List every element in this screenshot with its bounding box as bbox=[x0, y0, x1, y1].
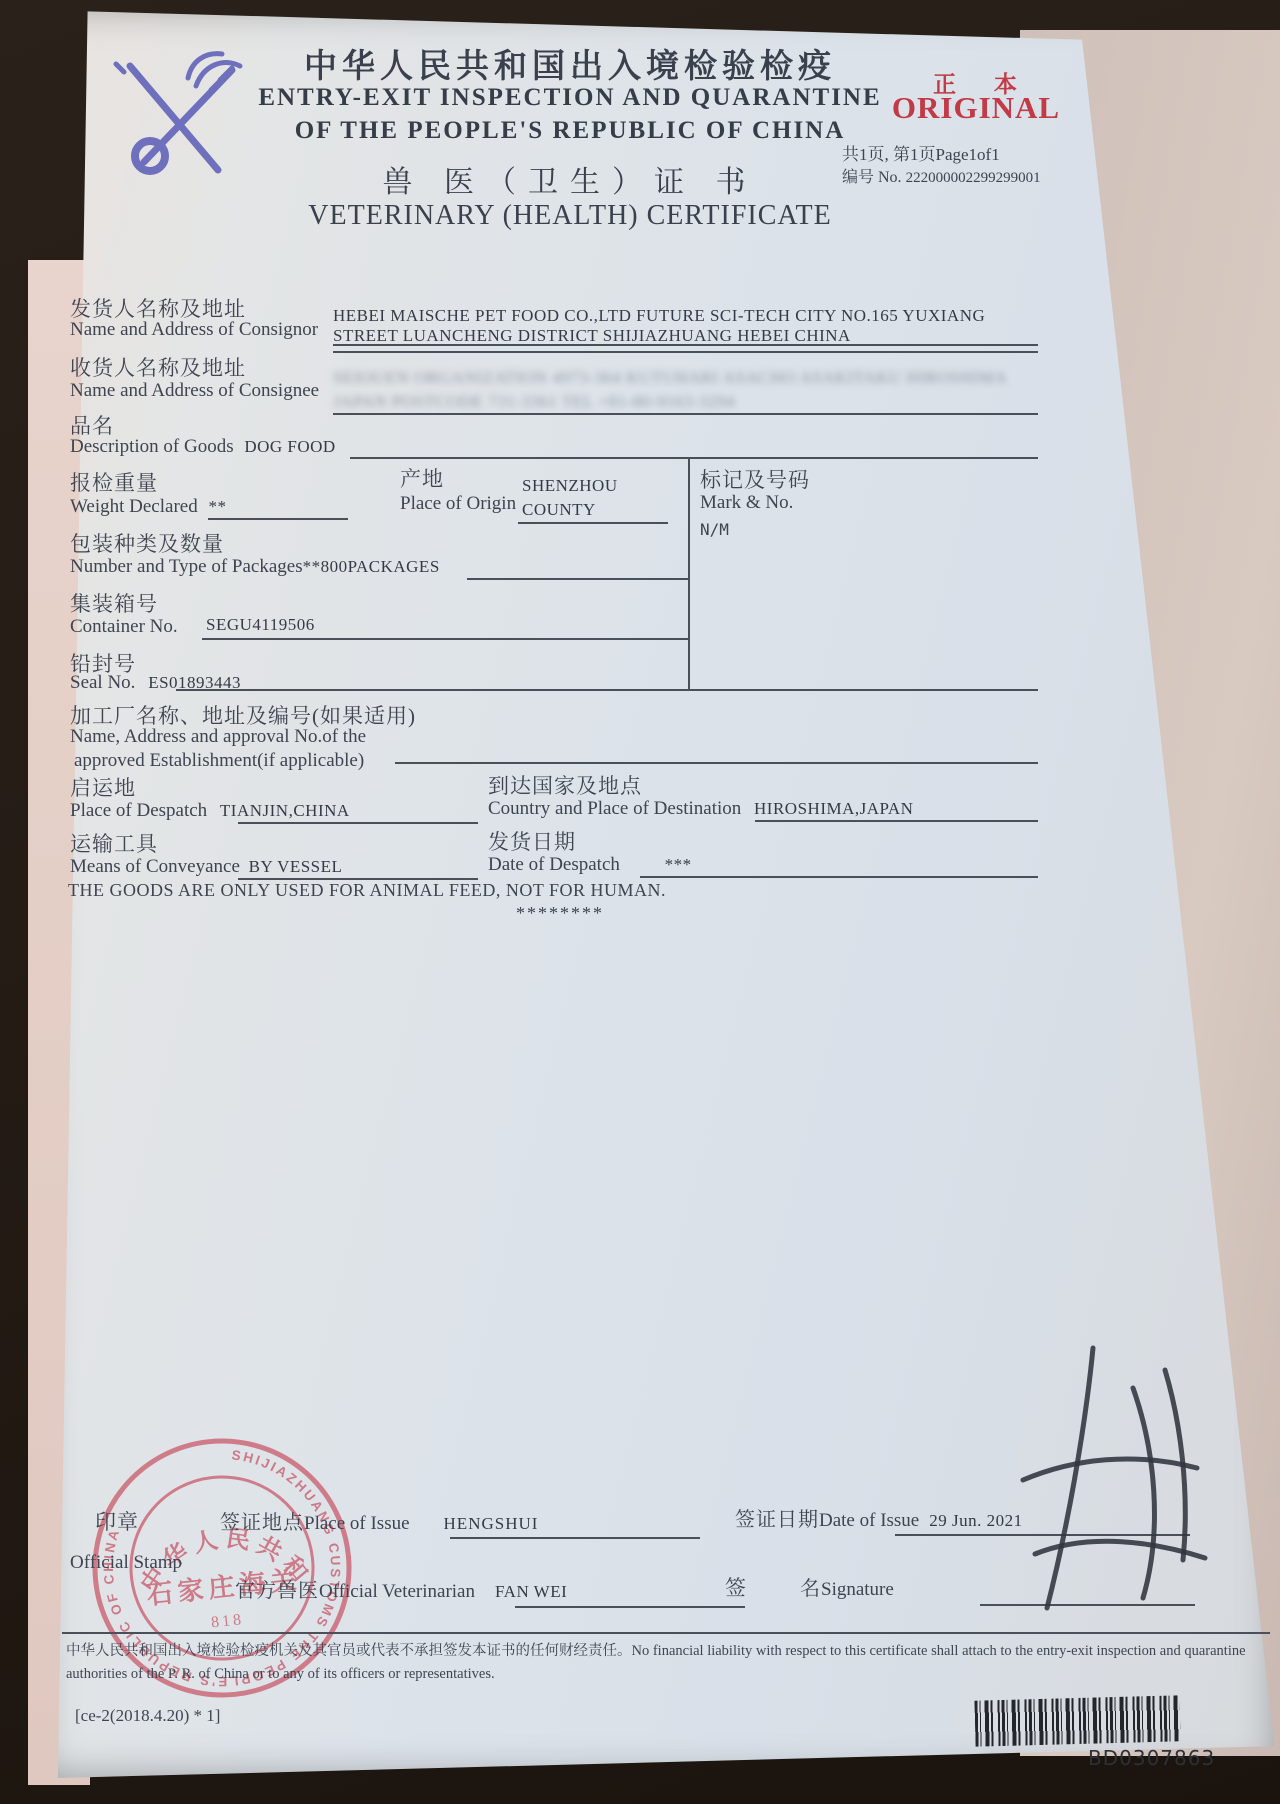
goods-label-en: Description of Goods DOG FOOD bbox=[70, 436, 336, 458]
place-of-issue-value: HENGSHUI bbox=[444, 1514, 539, 1533]
despatch-date-label-en: Date of Despatch *** bbox=[488, 854, 692, 876]
container-label-cn: 集装箱号 bbox=[70, 588, 158, 618]
consignee-label-cn: 收货人名称及地址 bbox=[70, 352, 246, 382]
despatch-date-value: *** bbox=[665, 855, 692, 874]
mark-value: N/M bbox=[700, 520, 729, 539]
despatch-date-underline bbox=[640, 876, 1038, 878]
conveyance-value: BY VESSEL bbox=[249, 857, 343, 876]
barcode-text: BD0307863 bbox=[1088, 1746, 1215, 1770]
form-code: [ce-2(2018.4.20) * 1] bbox=[75, 1706, 220, 1726]
box-vertical-line bbox=[688, 457, 690, 690]
pagination: 共1页, 第1页Page1of1 bbox=[842, 140, 1000, 165]
origin-label-en: Place of Origin bbox=[400, 493, 516, 515]
packages-value: **800PACKAGES bbox=[303, 557, 440, 576]
consignor-label-en: Name and Address of Consignor bbox=[70, 319, 318, 341]
veterinarian-label-en: Official Veterinarian bbox=[319, 1581, 475, 1602]
customs-emblem bbox=[100, 48, 260, 183]
veterinarian-underline bbox=[515, 1606, 745, 1608]
signature-label-cn-right: 名 bbox=[800, 1578, 821, 1600]
origin-label-cn: 产地 bbox=[400, 463, 444, 493]
destination-label-cn: 到达国家及地点 bbox=[488, 770, 642, 800]
footer-divider bbox=[62, 1632, 1270, 1634]
veterinarian-value: FAN WEI bbox=[495, 1582, 567, 1601]
consignor-value-line1: HEBEI MAISCHE PET FOOD CO.,LTD FUTURE SC… bbox=[333, 306, 1039, 326]
handwritten-signature bbox=[1005, 1330, 1225, 1620]
seal-value: ES01893443 bbox=[148, 673, 241, 692]
destination-label-en-text: Country and Place of Destination bbox=[488, 798, 741, 819]
place-of-issue-label-en: Place of Issue bbox=[304, 1513, 410, 1534]
date-of-issue-row: 签证日期Date of Issue 29 Jun. 2021 bbox=[735, 1503, 1023, 1532]
conveyance-label-en: Means of Conveyance BY VESSEL bbox=[70, 856, 342, 878]
copy-type-en: ORIGINAL bbox=[878, 90, 1074, 126]
stamp-number: 818 bbox=[210, 1611, 245, 1631]
destination-underline bbox=[755, 820, 1038, 822]
despatch-place-label-en: Place of Despatch TIANJIN,CHINA bbox=[70, 800, 350, 822]
origin-value-line1: SHENZHOU bbox=[522, 476, 618, 496]
container-underline bbox=[202, 638, 689, 640]
disclaimer-cn: 中华人民共和国出入境检验检疫机关及其官员或代表不承担签发本证书的任何财经责任。 bbox=[66, 1643, 632, 1659]
stamp-label-cn: 印章 bbox=[95, 1506, 139, 1536]
cert-title-cn: 兽 医（卫生）证 书 bbox=[300, 157, 840, 201]
origin-underline bbox=[518, 522, 668, 524]
container-value: SEGU4119506 bbox=[206, 615, 315, 635]
goods-label-en-text: Description of Goods bbox=[70, 436, 234, 457]
signature-label-cn-left: 签 bbox=[725, 1572, 747, 1602]
conveyance-label-en-text: Means of Conveyance bbox=[70, 856, 240, 877]
signature-label-en: Signature bbox=[821, 1579, 894, 1600]
consignor-value-line2: STREET LUANCHENG DISTRICT SHIJIAZHUANG H… bbox=[333, 326, 1039, 346]
despatch-place-label-cn: 启运地 bbox=[70, 772, 136, 802]
consignee-value-line2: JAPAN POSTCODE 731-3361 TEL +81-80-9163-… bbox=[333, 392, 1039, 412]
photographed-certificate: 中华人民共和国出入境检验检疫 ENTRY-EXIT INSPECTION AND… bbox=[0, 0, 1280, 1804]
despatch-place-underline bbox=[238, 822, 478, 824]
org-title-en-line1: ENTRY-EXIT INSPECTION AND QUARANTINE bbox=[228, 84, 912, 112]
box-top-line bbox=[350, 457, 1038, 459]
consignee-value-line1: SEIOUEN ORGANIZATION 4973-364 KUTUHARI A… bbox=[333, 368, 1039, 388]
weight-label-cn: 报检重量 bbox=[70, 467, 158, 497]
asterisks-separator: ******** bbox=[300, 903, 820, 924]
place-of-issue-label-cn: 签证地点 bbox=[220, 1512, 304, 1534]
date-of-issue-label-cn: 签证日期 bbox=[735, 1509, 819, 1531]
despatch-date-label-en-text: Date of Despatch bbox=[488, 854, 620, 875]
animal-feed-statement: THE GOODS ARE ONLY USED FOR ANIMAL FEED,… bbox=[68, 880, 666, 901]
establishment-underline bbox=[395, 762, 1038, 764]
cert-title-en: VETERINARY (HEALTH) CERTIFICATE bbox=[258, 200, 882, 232]
destination-value: HIROSHIMA,JAPAN bbox=[754, 799, 913, 818]
packages-label-en: Number and Type of Packages**800PACKAGES bbox=[70, 556, 440, 578]
packages-label-en-text: Number and Type of Packages bbox=[70, 556, 303, 577]
origin-value-line2: COUNTY bbox=[522, 500, 596, 520]
seal-label-en-text: Seal No. bbox=[70, 672, 135, 693]
certificate-number: 编号 No. 222000002299299001 bbox=[842, 164, 1041, 187]
weight-label-en: Weight Declared ** bbox=[70, 496, 226, 518]
consignor-underline-2 bbox=[333, 351, 1038, 353]
consignee-label-en: Name and Address of Consignee bbox=[70, 380, 319, 402]
org-title-en-line2: OF THE PEOPLE'S REPUBLIC OF CHINA bbox=[228, 117, 912, 145]
disclaimer: 中华人民共和国出入境检验检疫机关及其官员或代表不承担签发本证书的任何财经责任。N… bbox=[66, 1640, 1271, 1686]
certificate-number-label: 编号 No. bbox=[842, 169, 902, 186]
goods-value: DOG FOOD bbox=[244, 437, 335, 456]
stamp-label-en: Official Stamp bbox=[70, 1552, 182, 1574]
org-title-cn: 中华人民共和国出入境检验检疫 bbox=[268, 40, 872, 87]
seal-label-en: Seal No. ES01893443 bbox=[70, 672, 241, 694]
despatch-place-value: TIANJIN,CHINA bbox=[220, 801, 350, 820]
place-of-issue-row: 签证地点Place of Issue HENGSHUI bbox=[220, 1506, 538, 1535]
conveyance-label-cn: 运输工具 bbox=[70, 828, 158, 858]
signature-label-group: 名Signature bbox=[800, 1572, 894, 1601]
box-bottom-line bbox=[176, 689, 1038, 691]
packages-underline bbox=[467, 578, 689, 580]
date-of-issue-label-en: Date of Issue bbox=[819, 1510, 919, 1531]
place-of-issue-underline bbox=[450, 1537, 700, 1539]
packages-label-cn: 包装种类及数量 bbox=[70, 528, 224, 558]
veterinarian-row: 官方兽医Official Veterinarian FAN WEI bbox=[235, 1574, 567, 1603]
mark-label-cn: 标记及号码 bbox=[700, 464, 810, 494]
weight-value: ** bbox=[208, 497, 226, 516]
despatch-date-label-cn: 发货日期 bbox=[488, 826, 576, 856]
barcode bbox=[974, 1695, 1180, 1746]
mark-label-en: Mark & No. bbox=[700, 492, 793, 514]
weight-label-en-text: Weight Declared bbox=[70, 496, 198, 517]
consignee-underline bbox=[333, 413, 1038, 415]
veterinarian-label-cn: 官方兽医 bbox=[235, 1580, 319, 1602]
certificate-number-value: 222000002299299001 bbox=[906, 170, 1041, 186]
container-label-en: Container No. bbox=[70, 616, 178, 638]
establishment-label-en-line1: Name, Address and approval No.of the bbox=[70, 726, 366, 748]
destination-label-en: Country and Place of Destination HIROSHI… bbox=[488, 798, 913, 820]
establishment-label-en-line2: approved Establishment(if applicable) bbox=[74, 750, 364, 772]
despatch-place-label-en-text: Place of Despatch bbox=[70, 800, 207, 821]
weight-underline bbox=[208, 518, 348, 520]
